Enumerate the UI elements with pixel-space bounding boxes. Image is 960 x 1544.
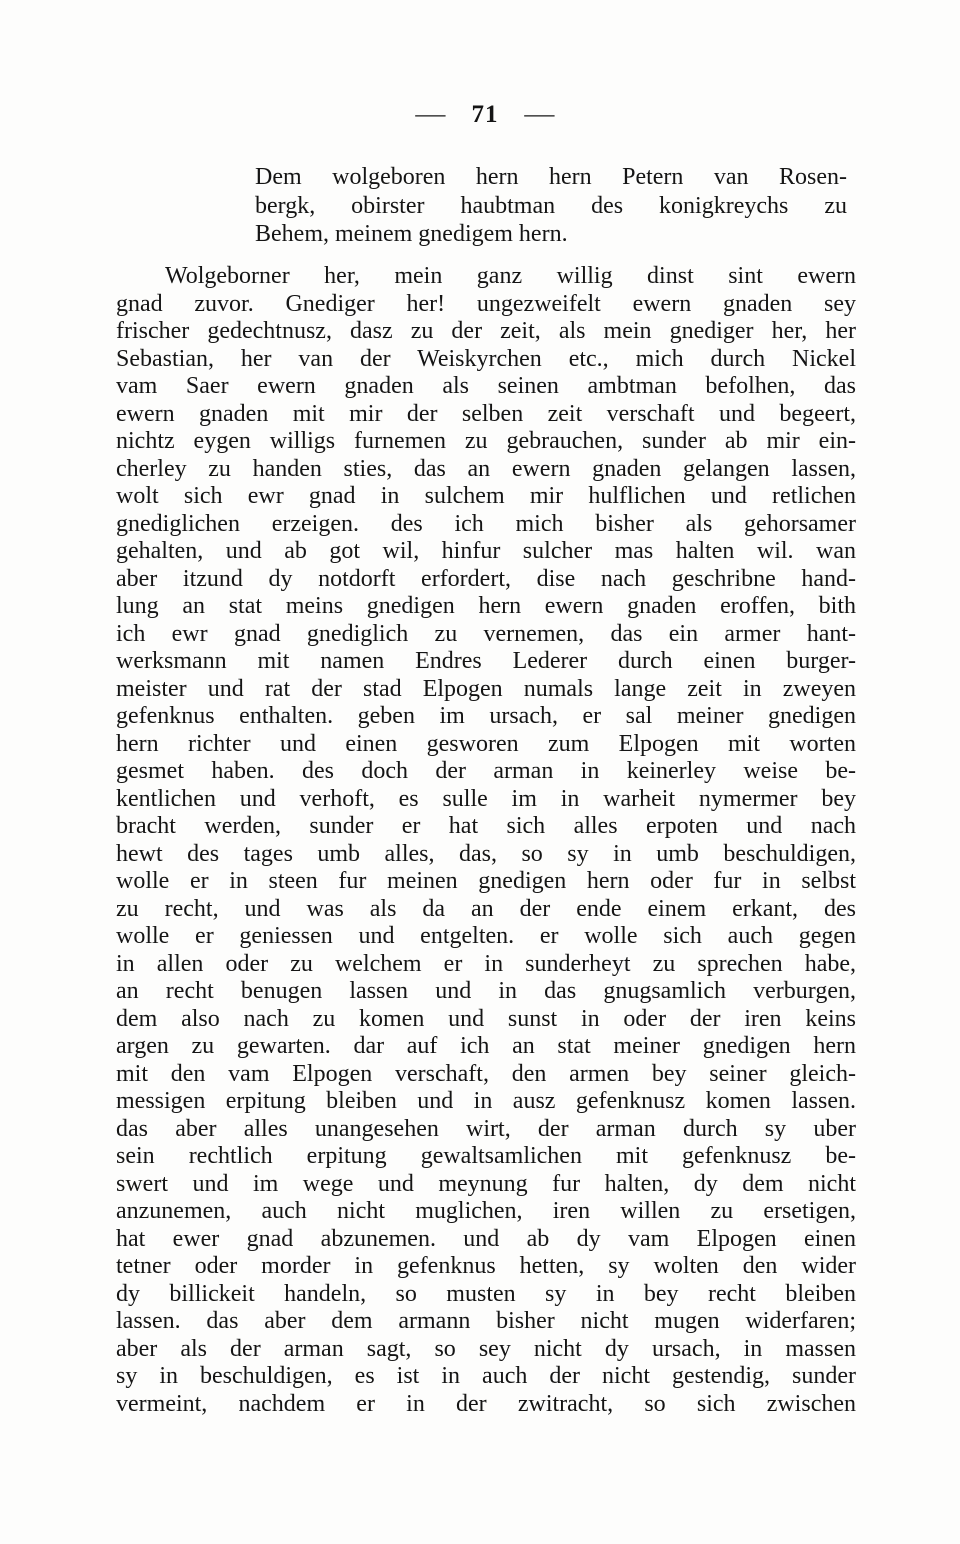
text-line: hat ewer gnad abzunemen. und ab dy vam E… bbox=[116, 1226, 856, 1254]
text-line: sy in beschuldigen, es ist in auch der n… bbox=[116, 1363, 856, 1391]
address-block: Dem wolgeboren hern hern Petern van Rose… bbox=[255, 163, 847, 249]
text-line: bracht werden, sunder er hat sich alles … bbox=[116, 813, 856, 841]
text-line: swert und im wege und meynung fur halten… bbox=[116, 1171, 856, 1199]
text-line: Sebastian, her van der Weiskyrchen etc.,… bbox=[116, 346, 856, 374]
text-line: mit den vam Elpogen verschaft, den armen… bbox=[116, 1061, 856, 1089]
text-line: nichtz eygen willigs furnemen zu gebrauc… bbox=[116, 428, 856, 456]
text-line: sein rechtlich erpitung gewaltsamlichen … bbox=[116, 1143, 856, 1171]
text-line: hern richter und einen gesworen zum Elpo… bbox=[116, 731, 856, 759]
text-line: gehalten, und ab got wil, hinfur sulcher… bbox=[116, 538, 856, 566]
text-line: hewt des tages umb alles, das, so sy in … bbox=[116, 841, 856, 869]
text-line: dy billickeit handeln, so musten sy in b… bbox=[116, 1281, 856, 1309]
text-line: gnediglichen erzeigen. des ich mich bish… bbox=[116, 511, 856, 539]
text-line: Dem wolgeboren hern hern Petern van Rose… bbox=[255, 163, 847, 192]
text-line: gefenknus enthalten. geben im ursach, er… bbox=[116, 703, 856, 731]
text-line: Behem, meinem gnedigem hern. bbox=[255, 220, 847, 249]
text-line: kentlichen und verhoft, es sulle im in w… bbox=[116, 786, 856, 814]
text-line: lung an stat meins gnedigen hern ewern g… bbox=[116, 593, 856, 621]
text-line: wolle er in steen fur meinen gnedigen he… bbox=[116, 868, 856, 896]
text-line: lassen. das aber dem armann bisher nicht… bbox=[116, 1308, 856, 1336]
page-header: — 71 — bbox=[0, 101, 960, 129]
text-line: zu recht, und was als da an der ende ein… bbox=[116, 896, 856, 924]
text-line: gnad zuvor. Gnediger her! ungezweifelt e… bbox=[116, 291, 856, 319]
text-line: argen zu gewarten. dar auf ich an stat m… bbox=[116, 1033, 856, 1061]
text-line: Wolgeborner her, mein ganz willig dinst … bbox=[116, 263, 856, 291]
text-line: ich ewr gnad gnediglich zu vernemen, das… bbox=[116, 621, 856, 649]
text-line: in allen oder zu welchem er in sunderhey… bbox=[116, 951, 856, 979]
text-line: ewern gnaden mit mir der selben zeit ver… bbox=[116, 401, 856, 429]
header-dash-right: — bbox=[524, 101, 555, 129]
text-line: aber itzund dy notdorft erfordert, dise … bbox=[116, 566, 856, 594]
text-line: messigen erpitung bleiben und in ausz ge… bbox=[116, 1088, 856, 1116]
text-line: wolle er geniessen und entgelten. er wol… bbox=[116, 923, 856, 951]
page-number: 71 bbox=[472, 101, 499, 129]
text-line: bergk, obirster haubtman des konigkreych… bbox=[255, 192, 847, 221]
text-line: tetner oder morder in gefenknus hetten, … bbox=[116, 1253, 856, 1281]
text-line: frischer gedechtnusz, dasz zu der zeit, … bbox=[116, 318, 856, 346]
text-line: das aber alles unangesehen wirt, der arm… bbox=[116, 1116, 856, 1144]
text-line: vermeint, nachdem er in der zwitracht, s… bbox=[116, 1391, 856, 1419]
text-line: cherley zu handen sties, das an ewern gn… bbox=[116, 456, 856, 484]
text-line: gesmet haben. des doch der arman in kein… bbox=[116, 758, 856, 786]
text-line: wolt sich ewr gnad in sulchem mir hulfli… bbox=[116, 483, 856, 511]
text-line: werksmann mit namen Endres Lederer durch… bbox=[116, 648, 856, 676]
text-line: aber als der arman sagt, so sey nicht dy… bbox=[116, 1336, 856, 1364]
text-line: vam Saer ewern gnaden als seinen ambtman… bbox=[116, 373, 856, 401]
body-text: Wolgeborner her, mein ganz willig dinst … bbox=[116, 263, 856, 1418]
text-line: anzunemen, auch nicht muglichen, iren wi… bbox=[116, 1198, 856, 1226]
text-line: an recht benugen lassen und in das gnugs… bbox=[116, 978, 856, 1006]
header-dash-left: — bbox=[415, 101, 446, 129]
text-line: dem also nach zu komen und sunst in oder… bbox=[116, 1006, 856, 1034]
text-line: meister und rat der stad Elpogen numals … bbox=[116, 676, 856, 704]
scanned-book-page: — 71 — Dem wolgeboren hern hern Petern v… bbox=[0, 0, 960, 1544]
